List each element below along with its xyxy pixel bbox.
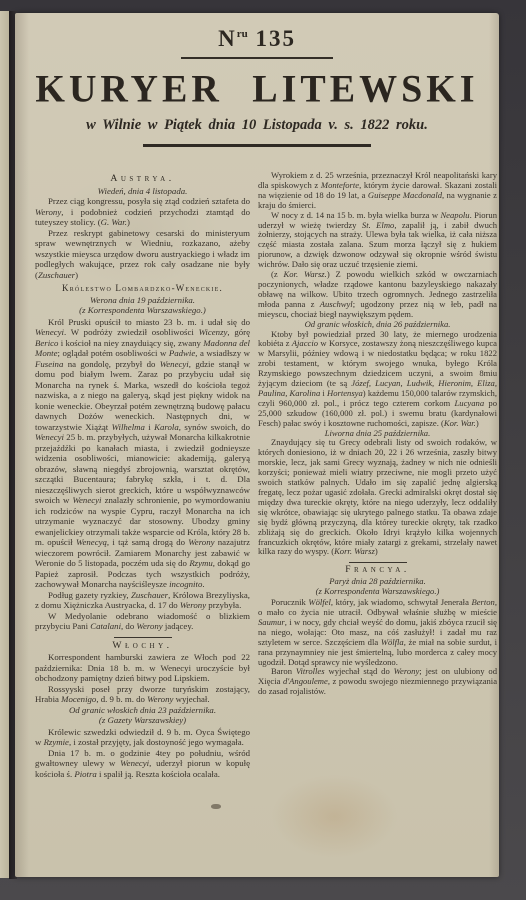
article-paragraph: Dnia 17 b. m. o godzinie 4tey po południ… <box>35 748 250 780</box>
article-dateline: Od granic włoskich, dnia 26 października… <box>258 320 497 330</box>
article-dateline: Od granic włoskich dnia 23 października. <box>35 705 250 716</box>
issue-prefix: N <box>218 26 237 51</box>
article-paragraph: Korrespondent hamburski zawiera ze Włoch… <box>35 652 250 684</box>
article-columns: Austrya.Wiedeń, dnia 4 listopada.Przez c… <box>35 171 497 779</box>
section-heading: Włochy. <box>35 641 250 652</box>
newspaper-title: KURYER LITEWSKI <box>15 66 499 112</box>
article-paragraph: Wyrokiem z d. 25 września, przeznaczył K… <box>258 171 497 211</box>
article-paragraph: Rossyyski poseł przy dworze turyńskim zo… <box>35 684 250 705</box>
right-column: Wyrokiem z d. 25 września, przeznaczył K… <box>258 171 497 779</box>
issue-number: Nru 135 <box>15 26 499 52</box>
section-divider-rule <box>349 562 407 563</box>
article-paragraph: Ktoby był powiedział przed 30 laty, że m… <box>258 330 497 429</box>
dateline-rule <box>143 144 371 147</box>
article-paragraph: Podług gazety ryzkiey, Zuschauer, Królow… <box>35 590 250 611</box>
issue-value: 135 <box>255 26 296 51</box>
masthead: Nru 135 KURYER LITEWSKI w Wilnie w Piąte… <box>15 26 499 147</box>
article-dateline: Werona dnia 19 października. <box>35 295 250 306</box>
article-dateline: Wiedeń, dnia 4 listopada. <box>35 186 250 197</box>
left-column: Austrya.Wiedeń, dnia 4 listopada.Przez c… <box>35 171 250 779</box>
newspaper-page: Nru 135 KURYER LITEWSKI w Wilnie w Piąte… <box>15 13 499 877</box>
article-source-credit: (z Korrespondenta Warszawskiego.) <box>35 305 250 316</box>
article-paragraph: W nocy z d. 14 na 15 b. m. była wielka b… <box>258 211 497 270</box>
article-paragraph: Baron Vitrolles wyjechał stąd do Werony;… <box>258 667 497 697</box>
article-paragraph: (z Kor. Warsz.) Z powodu wielkich szkód … <box>258 270 497 320</box>
article-paragraph: Znaydujący się tu Grecy odebrali listy o… <box>258 438 497 557</box>
article-source-credit: (z Korrespondenta Warszawskiego.) <box>258 587 497 597</box>
article-paragraph: Przez reskrypt gabinetowy cesarski do mi… <box>35 228 250 281</box>
masthead-dateline: w Wilnie w Piątek dnia 10 Listopada v. s… <box>15 117 499 134</box>
article-paragraph: Król Pruski opuścił to miasto 23 b. m. i… <box>35 317 250 590</box>
article-source-credit: (z Gazety Warszawskiey) <box>35 715 250 726</box>
article-paragraph: Przez ciąg kongressu, posyła się ztąd co… <box>35 196 250 228</box>
issue-superscript: ru <box>237 28 248 40</box>
printers-mark <box>211 804 221 809</box>
section-divider-rule <box>114 637 172 638</box>
article-paragraph: Porucznik Wölfel, który, jak wiadomo, sc… <box>258 598 497 667</box>
section-heading: Królestwo Lombardzko-Weneckie. <box>35 283 250 294</box>
section-heading: Austrya. <box>35 174 250 185</box>
article-paragraph: Królewic szwedzki odwiedził d. 9 b. m. O… <box>35 727 250 748</box>
article-paragraph: W Medyolanie odebrano wiadomość o blizki… <box>35 611 250 632</box>
section-heading: Francya. <box>258 566 497 576</box>
masthead-rule <box>181 57 333 59</box>
